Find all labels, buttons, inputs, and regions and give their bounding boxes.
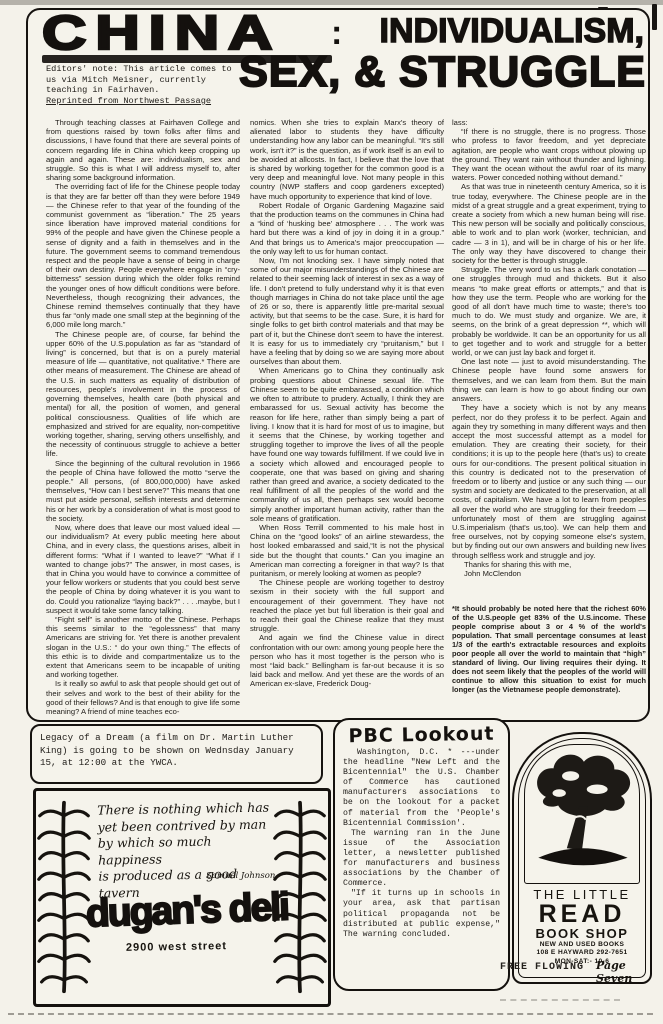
article-column-1: Through teaching classes at Fairhaven Co… [46, 118, 240, 716]
illustration-frame [524, 744, 640, 884]
paragraph: nomics. When she tries to explain Marx's… [250, 118, 444, 201]
paragraph: Editors' note: This article comes to [46, 64, 266, 75]
deli-address: 2900 west street [126, 940, 227, 954]
dugans-deli-ad: There is nothing which hasyet been contr… [33, 788, 331, 1007]
paragraph: Robert Rodale of Organic Gardening Magaz… [250, 201, 444, 256]
fern-branch-icon [36, 793, 92, 1001]
page-number: Page Seven [596, 959, 663, 985]
legacy-of-a-dream-ad: Legacy of a Dream (a film on Dr. Martin … [30, 724, 323, 784]
shop-name-line-2: READ [514, 902, 650, 926]
pbc-lookout-body: Washington, D.C. * ---under the headline… [343, 748, 500, 940]
quote-attribution: Samuel Johnson [206, 871, 275, 881]
article-footnote: *It should probably be noted here that t… [452, 604, 646, 694]
paragraph: They have a society which is not by any … [452, 403, 646, 559]
headline-sex-struggle: SEX, & STRUGGLE [239, 48, 646, 97]
column-3-paragraphs: lass:“If there is no struggle, there is … [452, 118, 646, 560]
paragraph: Washington, D.C. * ---under the headline… [343, 748, 500, 829]
paragraph: us via Mitch Meisner, currently [46, 75, 266, 86]
paragraph: And again we find the Chinese value in d… [250, 633, 444, 688]
bookshop-text: THE LITTLE READ BOOK SHOP NEW AND USED B… [514, 887, 650, 966]
paragraph: Now, I'm not knocking sex. I have simply… [250, 256, 444, 366]
paragraph: Thanks for sharing this with me, [452, 560, 646, 569]
editors-note: Editors' note: This article comes tous v… [46, 64, 266, 106]
editors-note-lines: Editors' note: This article comes tous v… [46, 64, 266, 96]
paragraph: teaching in Fairhaven. [46, 85, 266, 96]
paragraph: As that was true in nineteenth century A… [452, 182, 646, 265]
pbc-lookout-column: PBC Lookout Washington, D.C. * ---under … [333, 718, 510, 991]
paragraph: The Chinese people are working together … [250, 578, 444, 633]
paragraph: When Americans go to China they continua… [250, 366, 444, 522]
legacy-ad-text: Legacy of a Dream (a film on Dr. Martin … [40, 732, 294, 768]
tree-with-face-icon [525, 745, 639, 883]
dugans-deli-logo: dugan's deli [85, 886, 286, 937]
shop-address-phone: 108 E HAYWARD 292-7651 [514, 949, 650, 957]
paragraph: "If it turns up in schools in your area,… [343, 889, 500, 939]
paragraph: The Chinese people are, of course, far b… [46, 330, 240, 459]
paragraph: Now, where does that leave our most valu… [46, 523, 240, 615]
article-column-3: lass:“If there is no struggle, there is … [452, 118, 646, 694]
paragraph: John McClendon [452, 569, 646, 578]
pbc-lookout-title: PBC Lookout [343, 723, 500, 748]
article-signoff: Thanks for sharing this with me,John McC… [452, 560, 646, 578]
newspaper-page: CHINA : INDIVIDUALISM, SEX, & STRUGGLE E… [0, 0, 663, 1024]
paragraph: “Fight self” is another motto of the Chi… [46, 615, 240, 679]
headline-individualism: INDIVIDUALISM, [380, 12, 644, 51]
scan-artifact [8, 1013, 653, 1015]
reprint-credit: Reprinted from Northwest Passage [46, 96, 266, 107]
paragraph: Struggle. The very word to us has a dark… [452, 265, 646, 357]
paragraph: “If there is no struggle, there is no pr… [452, 127, 646, 182]
paragraph: The warning ran in the June issue of the… [343, 829, 500, 890]
paragraph: yet been contrived by man [97, 816, 277, 836]
paragraph: When Ross Terrill commented to his male … [250, 523, 444, 578]
shop-name-line-3: BOOK SHOP [514, 926, 650, 941]
paragraph: Is it really so awful to ask that people… [46, 679, 240, 716]
paragraph: by which so much happiness [98, 832, 279, 868]
paragraph: One last note — just to avoid misunderst… [452, 357, 646, 403]
paragraph: Through teaching classes at Fairhaven Co… [46, 118, 240, 182]
paragraph: Since the beginning of the cultural revo… [46, 459, 240, 523]
little-read-book-shop-ad: THE LITTLE READ BOOK SHOP NEW AND USED B… [512, 732, 652, 984]
scan-artifact [500, 999, 620, 1001]
publication-name: FREE FLOWING [500, 962, 584, 973]
shop-tagline: NEW AND USED BOOKS [514, 941, 650, 949]
paragraph: The overriding fact of life for the Chin… [46, 182, 240, 329]
article-box: CHINA : INDIVIDUALISM, SEX, & STRUGGLE E… [26, 8, 650, 722]
scan-artifact [0, 0, 663, 5]
article-column-2: nomics. When she tries to explain Marx's… [250, 118, 444, 689]
paragraph: lass: [452, 118, 646, 127]
scan-artifact [652, 4, 657, 30]
